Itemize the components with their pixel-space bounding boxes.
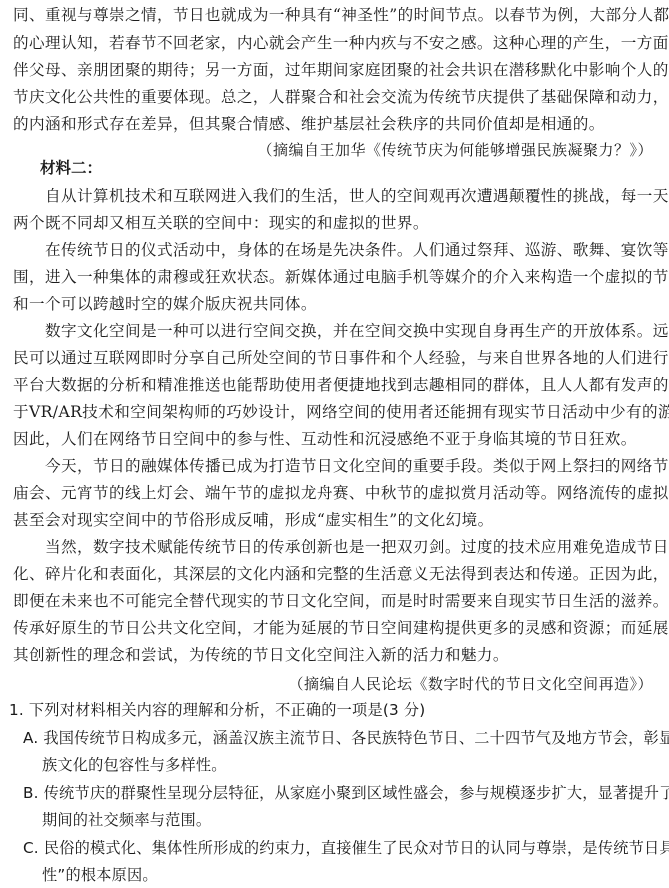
text-line: 于VR/AR技术和空间架构师的巧妙设计，网络空间的使用者还能拥有现实节日活动中少… (13, 402, 655, 422)
option-line: 期间的社交频率与范围。 (42, 810, 211, 830)
question-stem: 1. 下列对材料相关内容的理解和分析，不正确的一项是(3 分) (9, 700, 425, 720)
text-line: 民可以通过互联网即时分享自己所处空间的节日事件和个人经验，与来自世界各地的人们进… (13, 348, 655, 368)
section-heading: 材料二： (40, 158, 102, 178)
text-line: 两个既不同却又相互关联的空间中：现实的和虚拟的世界。 (13, 213, 655, 233)
text-line: 数字文化空间是一种可以进行空间交换，并在空间交换中实现自身再生产的开放体系。远隔… (45, 321, 655, 341)
option-line: B. 传统节庆的群聚性呈现分层特征，从家庭小聚到区域性盛会，参与规模逐步扩大，显… (23, 783, 655, 803)
text-line: 传承好原生的节日公共文化空间，才能为延展的节日空间建构提供更多的灵感和资源；而延… (13, 618, 655, 638)
text-line: 庙会、元宵节的线上灯会、端午节的虚拟龙舟赛、中秋节的虚拟赏月活动等。网络流传的虚… (13, 483, 655, 503)
text-line: 的内涵和形式存在差异，但其聚合情感、维护基层社会秩序的共同价值却是相通的。 (13, 114, 655, 134)
text-line: 同、重视与尊崇之情，节日也就成为一种具有“神圣性”的时间节点。以春节为例，大部分… (13, 5, 655, 25)
option-line: A. 我国传统节日构成多元，涵盖汉族主流节日、各民族特色节日、二十四节气及地方节… (23, 728, 655, 748)
text-line: 伴父母、亲朋团聚的期待；另一方面，过年期间家庭团聚的社会共识在潜移默化中影响个人… (13, 60, 655, 80)
text-line: 在传统节日的仪式活动中，身体的在场是先决条件。人们通过祭拜、巡游、歌舞、宴饮等方… (45, 240, 655, 260)
citation: （摘编自人民论坛《数字时代的节日文化空间再造》） (288, 674, 653, 694)
text-line: 和一个可以跨越时空的媒介版庆祝共同体。 (13, 294, 655, 314)
text-line: 甚至会对现实空间中的节俗形成反哺，形成“虚实相生”的文化幻境。 (13, 510, 655, 530)
text-line: 自从计算机技术和互联网进入我们的生活，世人的空间观再次遭遇颠覆性的挑战，每一天都… (45, 186, 655, 206)
text-line: 平台大数据的分析和精准推送也能帮助使用者便捷地找到志趣相同的群体，且人人都有发声… (13, 375, 655, 395)
option-line: 性”的根本原因。 (42, 865, 158, 885)
citation: （摘编自王加华《传统节庆为何能够增强民族凝聚力？》） (257, 140, 653, 160)
text-line: 的心理认知，若春节不回老家，内心就会产生一种内疚与不安之感。这种心理的产生，一方… (13, 33, 655, 53)
text-line: 当然，数字技术赋能传统节日的传承创新也是一把双刃剑。过度的技术应用难免造成节日文… (45, 537, 655, 557)
exam-page: 同、重视与尊崇之情，节日也就成为一种具有“神圣性”的时间节点。以春节为例，大部分… (0, 0, 669, 888)
text-line: 化、碎片化和表面化，其深层的文化内涵和完整的生活意义无法得到表达和传递。正因为此… (13, 564, 655, 584)
text-line: 即便在未来也不可能完全替代现实的节日文化空间，而是时时需要来自现实节日生活的滋养… (13, 591, 655, 611)
text-line: 今天，节日的融媒体传播已成为打造节日文化空间的重要手段。类似于网上祭扫的网络节俗… (45, 456, 655, 476)
option-line: C. 民俗的模式化、集体性所形成的约束力，直接催生了民众对节日的认同与尊崇，是传… (23, 838, 655, 858)
text-line: 因此，人们在网络节日空间中的参与性、互动性和沉浸感绝不亚于身临其境的节日狂欢。 (13, 429, 655, 449)
text-line: 节庆文化公共性的重要体现。总之，人群聚合和社会交流为传统节庆提供了基础保障和动力… (13, 87, 655, 107)
text-line: 围，进入一种集体的肃穆或狂欢状态。新媒体通过电脑手机等媒介的介入来构造一个虚拟的… (13, 267, 655, 287)
option-line: 族文化的包容性与多样性。 (42, 755, 227, 775)
text-line: 其创新性的理念和尝试，为传统的节日文化空间注入新的活力和魅力。 (13, 645, 655, 665)
